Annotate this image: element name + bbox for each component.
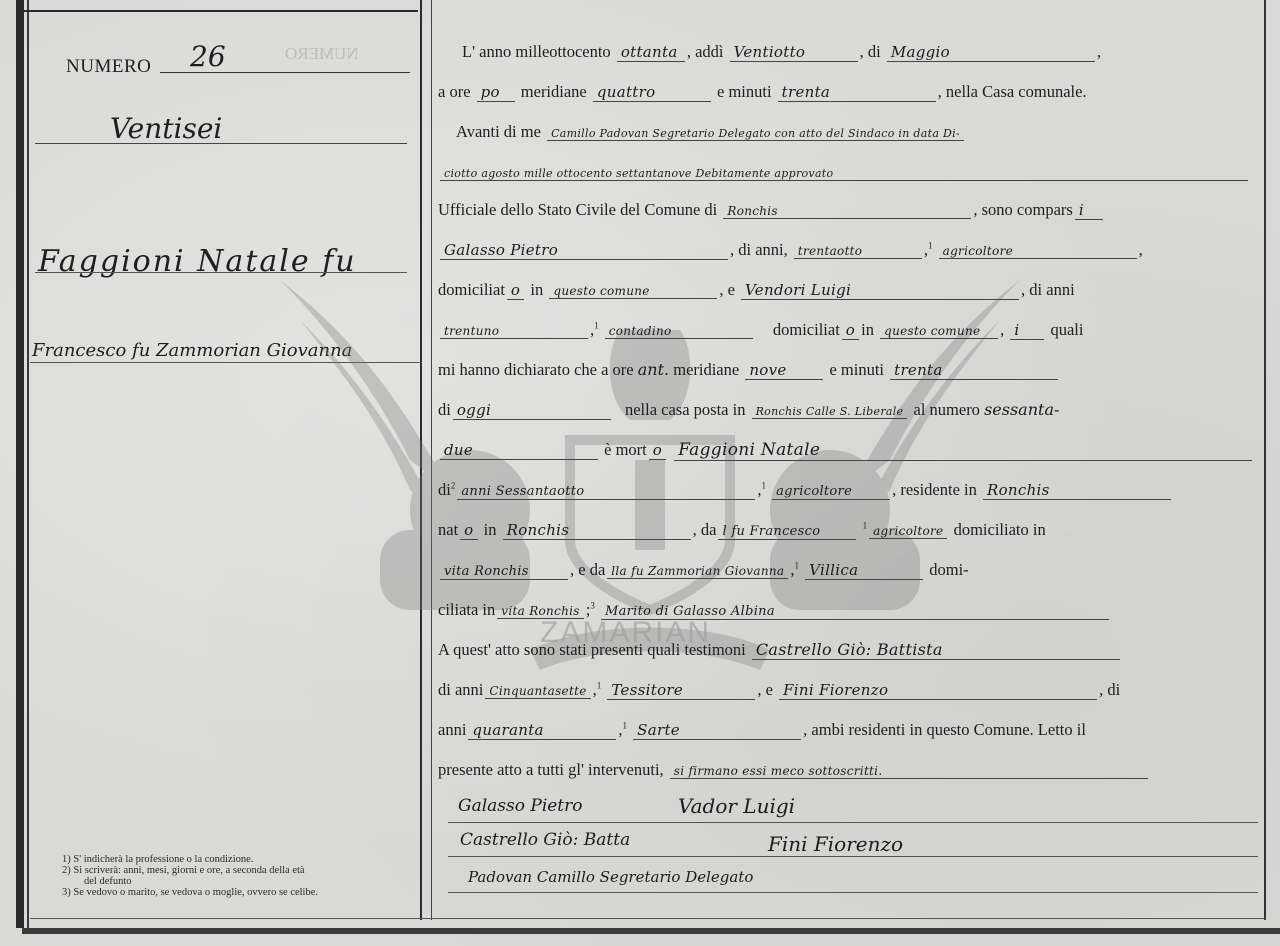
witness-3-age: Cinquantasette — [485, 684, 590, 699]
text: , residente in — [892, 480, 977, 499]
footnote-ref: 1 — [928, 241, 933, 251]
text: a ore — [438, 82, 471, 101]
text: in — [530, 280, 543, 299]
death-address: Ronchis Calle S. Liberale — [752, 405, 908, 419]
witness-3-profession: Tessitore — [607, 681, 755, 700]
text: L' anno milleottocento — [462, 42, 611, 61]
footnote-ref: 2 — [451, 481, 456, 491]
deceased-name: Faggioni Natale — [674, 440, 1252, 461]
signature-rule — [448, 892, 1258, 893]
footnote-ref: 3 — [590, 601, 595, 611]
text: è mort — [604, 440, 647, 459]
text: , di anni, — [730, 240, 788, 259]
marital-status: Marito di Galasso Albina — [601, 604, 1109, 620]
record-number-value: 26 — [190, 40, 226, 73]
witness-4-age: quaranta — [468, 721, 616, 740]
year-field: ottanta — [617, 43, 685, 62]
text: quali — [1050, 320, 1083, 339]
text: e minuti — [829, 360, 884, 379]
witness-2-age: trentuno — [440, 324, 588, 339]
bottom-rule-thin — [30, 918, 1265, 919]
text: , nella Casa comunale. — [938, 82, 1087, 101]
signature-witness-1: Galasso Pietro — [458, 796, 583, 816]
deceased-profession: agricoltore — [772, 484, 890, 500]
deceased-birthplace: Ronchis — [503, 521, 691, 540]
text: meridiane — [673, 360, 739, 379]
bottom-rule-thick — [22, 928, 1280, 934]
record-line-14: vita Ronchis, e dalla fu Zammorian Giova… — [438, 560, 1258, 586]
footnote-3: 3) Se vedovo o marito, se vedova o mogli… — [62, 887, 318, 898]
domicile-suffix-1: o — [507, 281, 524, 300]
record-number-line — [160, 72, 410, 73]
text: , e — [719, 280, 735, 299]
text: di — [438, 480, 451, 499]
text: domiciliat — [438, 280, 505, 299]
record-number-words: Ventisei — [110, 112, 222, 145]
deceased-residence: Ronchis — [983, 481, 1171, 500]
text: , e — [757, 680, 773, 699]
witness-3-name: Castrello Giò: Battista — [752, 640, 1120, 660]
text: domiciliato in — [954, 520, 1046, 539]
footnote-ref: 1 — [794, 561, 799, 571]
death-ampm: ant. — [638, 360, 669, 379]
signature-witness-2: Vador Luigi — [678, 794, 795, 818]
quali-suffix: i — [1010, 321, 1044, 340]
record-line-1: L' anno milleottocento ottanta, addì Ven… — [438, 42, 1280, 68]
witness-1-age: trentaotto — [794, 244, 922, 259]
compars-suffix: i — [1075, 201, 1103, 220]
text: e minuti — [717, 82, 772, 101]
deceased-age: anni Sessantaotto — [457, 484, 755, 500]
document-page: NUMERO NUMERO 26 Ventisei Faggioni Natal… — [0, 0, 1280, 946]
record-line-7: domiciliato in questo comune, e Vendori … — [438, 280, 1258, 306]
father-profession: agricoltore — [869, 524, 947, 539]
text: presente atto a tutti gl' intervenuti, — [438, 760, 664, 779]
record-line-6: Galasso Pietro, di anni, trentaotto,1 ag… — [438, 240, 1258, 266]
death-minutes: trenta — [890, 361, 1058, 380]
text: di anni — [438, 680, 483, 699]
father-name: l fu Francesco — [718, 524, 856, 540]
left-border-thin — [27, 0, 29, 928]
record-number-label: NUMERO — [66, 56, 151, 78]
record-line-15: ciliata invita Ronchis;3 Marito di Galas… — [438, 600, 1258, 626]
record-line-9: mi hanno dichiarato che a ore ant. merid… — [438, 360, 1258, 386]
witness-2-name: Vendori Luigi — [741, 281, 1019, 300]
signature-rule — [448, 822, 1258, 823]
witness-1-profession: agricoltore — [939, 244, 1137, 259]
record-number-words-line — [35, 143, 407, 144]
column-divider-thin — [431, 0, 432, 920]
signature-witness-4: Fini Fiorenzo — [768, 832, 903, 856]
record-line-13: nato in Ronchis, dal fu Francesco 1agric… — [438, 520, 1258, 546]
text: , di — [860, 42, 881, 61]
text: domiciliat — [773, 320, 840, 339]
text: , — [1139, 240, 1143, 259]
margin-rule — [35, 272, 407, 273]
margin-column: NUMERO NUMERO 26 Ventisei Faggioni Natal… — [30, 0, 418, 918]
footnotes: 1) S' indicherà la professione o la cond… — [62, 854, 318, 898]
text: , addì — [687, 42, 724, 61]
text: , da — [693, 520, 717, 539]
margin-rule — [30, 362, 422, 363]
ampm-field: po — [477, 83, 515, 102]
record-line-19: presente atto a tutti gl' intervenuti, s… — [438, 760, 1258, 786]
witness-1-domicile: questo comune — [549, 284, 717, 299]
witness-4-name: Fini Fiorenzo — [779, 681, 1097, 700]
mother-profession: Villica — [805, 561, 923, 580]
signature-witness-3: Castrello Giò: Batta — [460, 830, 630, 850]
text: mi hanno dichiarato che a ore — [438, 360, 634, 379]
text: nat — [438, 520, 458, 539]
signature-officer: Padovan Camillo Segretario Delegato — [468, 868, 753, 886]
domicile-suffix-2: o — [842, 321, 859, 340]
text: di — [438, 400, 451, 419]
footnote-ref: 1 — [594, 321, 599, 331]
text: A quest' atto sono stati presenti quali … — [438, 640, 746, 659]
mother-domicile: vita Ronchis — [497, 604, 583, 619]
text: , sono compars — [973, 200, 1072, 219]
text: in — [484, 520, 497, 539]
record-line-5: Ufficiale dello Stato Civile del Comune … — [438, 200, 1258, 226]
house-number: sessanta- — [984, 400, 1059, 419]
text: anni — [438, 720, 466, 739]
deceased-parents-margin: Francesco fu Zammorian Giovanna — [32, 340, 352, 361]
witness-4-profession: Sarte — [633, 721, 801, 740]
house-number-cont: due — [440, 441, 598, 460]
text: nella casa posta in — [625, 400, 746, 419]
signature-rule — [448, 856, 1258, 857]
mother-name: lla fu Zammorian Giovanna — [607, 564, 788, 579]
footnote-ref: 1 — [863, 521, 868, 531]
record-line-11: due è morto Faggioni Natale — [438, 440, 1258, 466]
text: meridiane — [521, 82, 587, 101]
record-line-17: di anniCinquantasette,1 Tessitore, e Fin… — [438, 680, 1258, 706]
hour-field: quattro — [593, 83, 711, 102]
month-field: Maggio — [887, 43, 1095, 62]
record-line-16: A quest' atto sono stati presenti quali … — [438, 640, 1258, 666]
record-line-18: anniquaranta,1 Sarte, ambi residenti in … — [438, 720, 1258, 746]
footnote-2: 2) Si scriverà: anni, mesi, giorni e ore… — [62, 865, 318, 876]
witness-2-profession: contadino — [605, 324, 753, 339]
bleed-through-text: NUMERO — [285, 44, 359, 64]
left-border-thick — [16, 0, 24, 928]
column-divider — [420, 0, 422, 920]
text: domi- — [929, 560, 968, 579]
footnote-ref: 1 — [623, 721, 628, 731]
text: , ambi residenti in questo Comune. Letto… — [803, 720, 1086, 739]
text: , di anni — [1021, 280, 1075, 299]
minutes-field: trenta — [778, 83, 936, 102]
closing-formula: si firmano essi meco sottoscritti. — [670, 764, 1148, 779]
text: , e da — [570, 560, 605, 579]
footnote-1: 1) S' indicherà la professione o la cond… — [62, 854, 318, 865]
comune-field: Ronchis — [723, 204, 971, 219]
witness-1-name: Galasso Pietro — [440, 241, 728, 260]
witness-2-domicile: questo comune — [880, 324, 998, 339]
text: , di — [1099, 680, 1120, 699]
footnote-ref: 1 — [597, 681, 602, 691]
deceased-name-margin: Faggioni Natale fu — [38, 244, 357, 279]
text: Ufficiale dello Stato Civile del Comune … — [438, 200, 717, 219]
officer-field-cont: ciotto agosto mille ottocento settantano… — [440, 167, 1248, 181]
record-line-10: dioggi nella casa posta in Ronchis Calle… — [438, 400, 1258, 426]
mort-suffix: o — [649, 441, 666, 460]
text: al numero — [914, 400, 980, 419]
footnote-2-cont: del defunto — [62, 876, 318, 887]
record-line-12: di2anni Sessantaotto,1 agricoltore, resi… — [438, 480, 1258, 506]
death-day: oggi — [453, 401, 611, 420]
record-body: L' anno milleottocento ottanta, addì Ven… — [438, 0, 1264, 918]
record-line-8: trentuno,1 contadino domiciliatoin quest… — [438, 320, 1258, 346]
record-line-4: ciotto agosto mille ottocento settantano… — [438, 162, 1258, 188]
text: in — [861, 320, 874, 339]
text: , — [1000, 320, 1004, 339]
nato-suffix: o — [460, 521, 477, 540]
record-line-2: a ore po meridiane quattro e minuti tren… — [438, 82, 1258, 108]
text: Avanti di me — [456, 122, 541, 141]
text: , — [1097, 42, 1101, 61]
officer-field: Camillo Padovan Segretario Delegato con … — [547, 127, 964, 141]
day-field: Ventiotto — [730, 43, 858, 62]
record-line-3: Avanti di me Camillo Padovan Segretario … — [438, 122, 1276, 148]
text: ciliata in — [438, 600, 495, 619]
footnote-ref: 1 — [761, 481, 766, 491]
death-hour: nove — [745, 361, 823, 380]
father-domicile: vita Ronchis — [440, 564, 568, 580]
